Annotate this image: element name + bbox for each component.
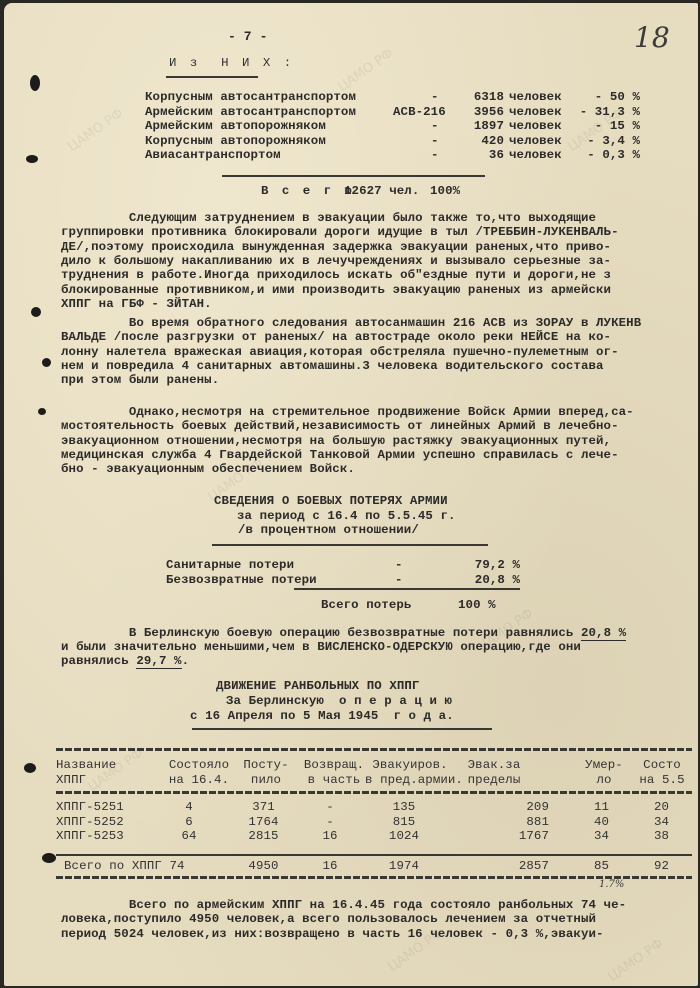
total-cell: 92 bbox=[639, 859, 684, 873]
table-cell: 40 bbox=[579, 815, 624, 829]
transport-total-label: В с е г о bbox=[261, 184, 355, 198]
irrecoverable-losses-value: 20,8 % bbox=[581, 626, 626, 641]
transport-label: Авиасантранспортом bbox=[145, 148, 281, 162]
table-cell: 371 bbox=[236, 800, 291, 814]
paragraph-line: ловека,поступило 4950 человек,а всего по… bbox=[61, 912, 596, 926]
paragraph-line: группировки противника блокировали дорог… bbox=[61, 225, 619, 239]
paragraph-line: ХППГ на ГБФ - ЗЙТАН. bbox=[61, 297, 212, 311]
paragraph-berlin-losses-line2: и были значительно меньшими,чем в ВИСЛЕН… bbox=[61, 640, 581, 654]
transport-count-unit: человек bbox=[509, 90, 562, 104]
column-header: пило bbox=[236, 773, 296, 787]
loss-label: Санитарные потери bbox=[166, 558, 294, 572]
text-segment: . bbox=[182, 654, 190, 668]
transport-count: 420 bbox=[434, 134, 504, 148]
paragraph-line: медицинская служба 4 Гвардейской Танково… bbox=[61, 448, 619, 462]
hospital-name: ХППГ-5252 bbox=[56, 815, 141, 829]
table-cell: 6 bbox=[164, 815, 214, 829]
table-bottom-rule bbox=[56, 876, 692, 879]
loss-value: 20,8 % bbox=[444, 573, 520, 587]
binder-hole bbox=[42, 853, 56, 863]
table-cell: - bbox=[300, 800, 360, 814]
binder-hole bbox=[30, 75, 40, 91]
hospital-name: ХППГ-5253 bbox=[56, 829, 141, 843]
binder-hole bbox=[42, 358, 51, 367]
transport-count-unit: человек bbox=[509, 119, 562, 133]
table-cell: 135 bbox=[379, 800, 429, 814]
movement-title-underline bbox=[192, 728, 492, 730]
table-cell: 11 bbox=[579, 800, 624, 814]
hospital-name: ХППГ-5251 bbox=[56, 800, 141, 814]
column-header: на 16.4. bbox=[164, 773, 234, 787]
table-cell: 38 bbox=[639, 829, 684, 843]
losses-underline bbox=[294, 588, 520, 590]
transport-count-unit: человек bbox=[509, 134, 562, 148]
total-divider bbox=[222, 175, 485, 177]
movement-title-line: ДВИЖЕНИЕ РАНБОЛЬНЫХ ПО ХППГ bbox=[216, 679, 419, 693]
losses-title-underline bbox=[212, 544, 488, 546]
transport-percent: - 0,3 % bbox=[564, 148, 640, 162]
transport-label: Корпусным автосантранспортом bbox=[145, 90, 356, 104]
transport-total-percent: 100% bbox=[430, 184, 460, 198]
table-cell: 815 bbox=[379, 815, 429, 829]
movement-title-line: За Берлинскую о п е р а ц и ю bbox=[226, 694, 452, 708]
binder-hole bbox=[31, 307, 41, 317]
table-cell: 1767 bbox=[479, 829, 549, 843]
table-cell: 64 bbox=[164, 829, 214, 843]
column-header: Состо bbox=[632, 758, 692, 772]
paragraph-line: мостоятельность боевых действий,независи… bbox=[61, 419, 619, 433]
column-header: Эвак.за bbox=[459, 758, 529, 772]
column-header: на 5.5 bbox=[632, 773, 692, 787]
paragraph-line: Следующим затруднением в эвакуации было … bbox=[61, 211, 596, 225]
document-page: ЦАМО РФ ЦАМО РФ ЦАМО РФ ЦАМО РФ ЦАМО РФ … bbox=[4, 3, 698, 986]
table-cell: - bbox=[300, 815, 360, 829]
total-cell: 4950 bbox=[236, 859, 291, 873]
column-header: Умер- bbox=[584, 758, 624, 772]
transport-count: 36 bbox=[434, 148, 504, 162]
losses-title-line: /в процентном отношении/ bbox=[238, 523, 419, 537]
paragraph-line: период 5024 человек,из них:возвращено в … bbox=[61, 927, 604, 941]
table-cell: 34 bbox=[579, 829, 624, 843]
paragraph-line: Во время обратного следования автосанмаш… bbox=[61, 316, 641, 330]
transport-percent: - 31,3 % bbox=[564, 105, 640, 119]
column-header: Название bbox=[56, 758, 141, 772]
paragraph-line: при этом были ранены. bbox=[61, 373, 219, 387]
paragraph-line: лонну налетела вражеская авиация,которая… bbox=[61, 345, 619, 359]
paragraph-berlin-losses: В Берлинскую боевую операцию безвозвратн… bbox=[61, 626, 626, 640]
transport-count: 3956 bbox=[434, 105, 504, 119]
paragraph-line: труднения в работе.Иногда приходилось ис… bbox=[61, 268, 611, 282]
losses-total-value: 100 % bbox=[458, 598, 496, 612]
column-header: ло bbox=[584, 773, 624, 787]
total-cell: 2857 bbox=[479, 859, 549, 873]
watermark: ЦАМО РФ bbox=[335, 46, 396, 95]
losses-total-label: Всего потерь bbox=[321, 598, 411, 612]
heading-underline bbox=[166, 76, 258, 78]
losses-title-line: СВЕДЕНИЯ О БОЕВЫХ ПОТЕРЯХ АРМИИ bbox=[214, 494, 448, 508]
loss-label: Безвозвратные потери bbox=[166, 573, 317, 587]
column-header: пределы bbox=[459, 773, 529, 787]
loss-value: 79,2 % bbox=[444, 558, 520, 572]
archive-sheet-number: 18 bbox=[634, 21, 670, 54]
paragraph-line: Однако,несмотря на стремительное продвиж… bbox=[61, 405, 634, 419]
table-cell: 20 bbox=[639, 800, 684, 814]
loss-dash: - bbox=[395, 573, 403, 587]
column-header: Посту- bbox=[236, 758, 296, 772]
margin-note: 1.7% bbox=[599, 879, 624, 890]
paragraph-line: ВАЛЬДЕ /после разгрузки от раненых/ на а… bbox=[61, 330, 611, 344]
total-label: Всего по ХППГ 74 bbox=[64, 859, 264, 873]
table-cell: 881 bbox=[479, 815, 549, 829]
paragraph-line: Всего по армейским ХППГ на 16.4.45 года … bbox=[61, 898, 626, 912]
table-total-rule bbox=[56, 854, 692, 856]
binder-hole bbox=[26, 155, 38, 163]
transport-total-count: 12627 чел. bbox=[344, 184, 419, 198]
column-header: Эвакуиров. bbox=[365, 758, 455, 772]
text-segment: равнялись bbox=[61, 654, 136, 668]
vistula-oder-losses-value: 29,7 % bbox=[136, 654, 181, 669]
column-header: в часть bbox=[300, 773, 368, 787]
transport-label: Армейским автопорожняком bbox=[145, 119, 326, 133]
transport-percent: - 3,4 % bbox=[564, 134, 640, 148]
paragraph-line: бно - эвакуационным обеспечением Войск. bbox=[61, 462, 355, 476]
total-cell: 16 bbox=[300, 859, 360, 873]
table-cell: 34 bbox=[639, 815, 684, 829]
binder-hole bbox=[38, 408, 46, 415]
losses-title-line: за период с 16.4 по 5.5.45 г. bbox=[237, 509, 456, 523]
of-them-heading: И з Н И Х : bbox=[169, 56, 294, 70]
table-cell: 1024 bbox=[379, 829, 429, 843]
table-cell: 2815 bbox=[236, 829, 291, 843]
paragraph-line: эвакуационном отношении,несмотря на боль… bbox=[61, 434, 611, 448]
watermark: ЦАМО РФ bbox=[605, 936, 666, 985]
table-cell: 209 bbox=[479, 800, 549, 814]
column-header: Возвращ. bbox=[300, 758, 368, 772]
table-cell: 4 bbox=[164, 800, 214, 814]
page-number: - 7 - bbox=[228, 30, 268, 44]
transport-percent: - 15 % bbox=[564, 119, 640, 133]
transport-count: 1897 bbox=[434, 119, 504, 133]
transport-label: Армейским автосантранспортом bbox=[145, 105, 356, 119]
column-header: в пред.армии. bbox=[365, 773, 455, 787]
movement-title-line: с 16 Апреля по 5 Мая 1945 г о д а. bbox=[190, 709, 454, 723]
paragraph-berlin-losses-line3: равнялись 29,7 %. bbox=[61, 654, 189, 668]
paragraph-line: ДЕ/,поэтому происходила вынужденная заде… bbox=[61, 240, 611, 254]
table-cell: 1764 bbox=[236, 815, 291, 829]
total-cell: 85 bbox=[579, 859, 624, 873]
transport-count-unit: человек bbox=[509, 148, 562, 162]
total-cell: 1974 bbox=[379, 859, 429, 873]
transport-label: Корпусным автопорожняком bbox=[145, 134, 326, 148]
column-header: Состояло bbox=[164, 758, 234, 772]
transport-count: 6318 bbox=[434, 90, 504, 104]
text-segment: В Берлинскую боевую операцию безвозвратн… bbox=[61, 626, 581, 640]
paragraph-line: дило к большому накапливанию их в лечучр… bbox=[61, 254, 611, 268]
table-top-rule bbox=[56, 748, 692, 751]
loss-dash: - bbox=[395, 558, 403, 572]
transport-count-unit: человек bbox=[509, 105, 562, 119]
paragraph-line: блокированные противником,и ими производ… bbox=[61, 283, 611, 297]
binder-hole bbox=[24, 763, 36, 773]
table-header-rule bbox=[56, 791, 692, 794]
column-header: ХППГ bbox=[56, 773, 141, 787]
table-cell: 16 bbox=[300, 829, 360, 843]
watermark: ЦАМО РФ bbox=[65, 106, 126, 155]
transport-percent: - 50 % bbox=[564, 90, 640, 104]
paragraph-line: нем и повредила 4 санитарных автомашины.… bbox=[61, 359, 604, 373]
